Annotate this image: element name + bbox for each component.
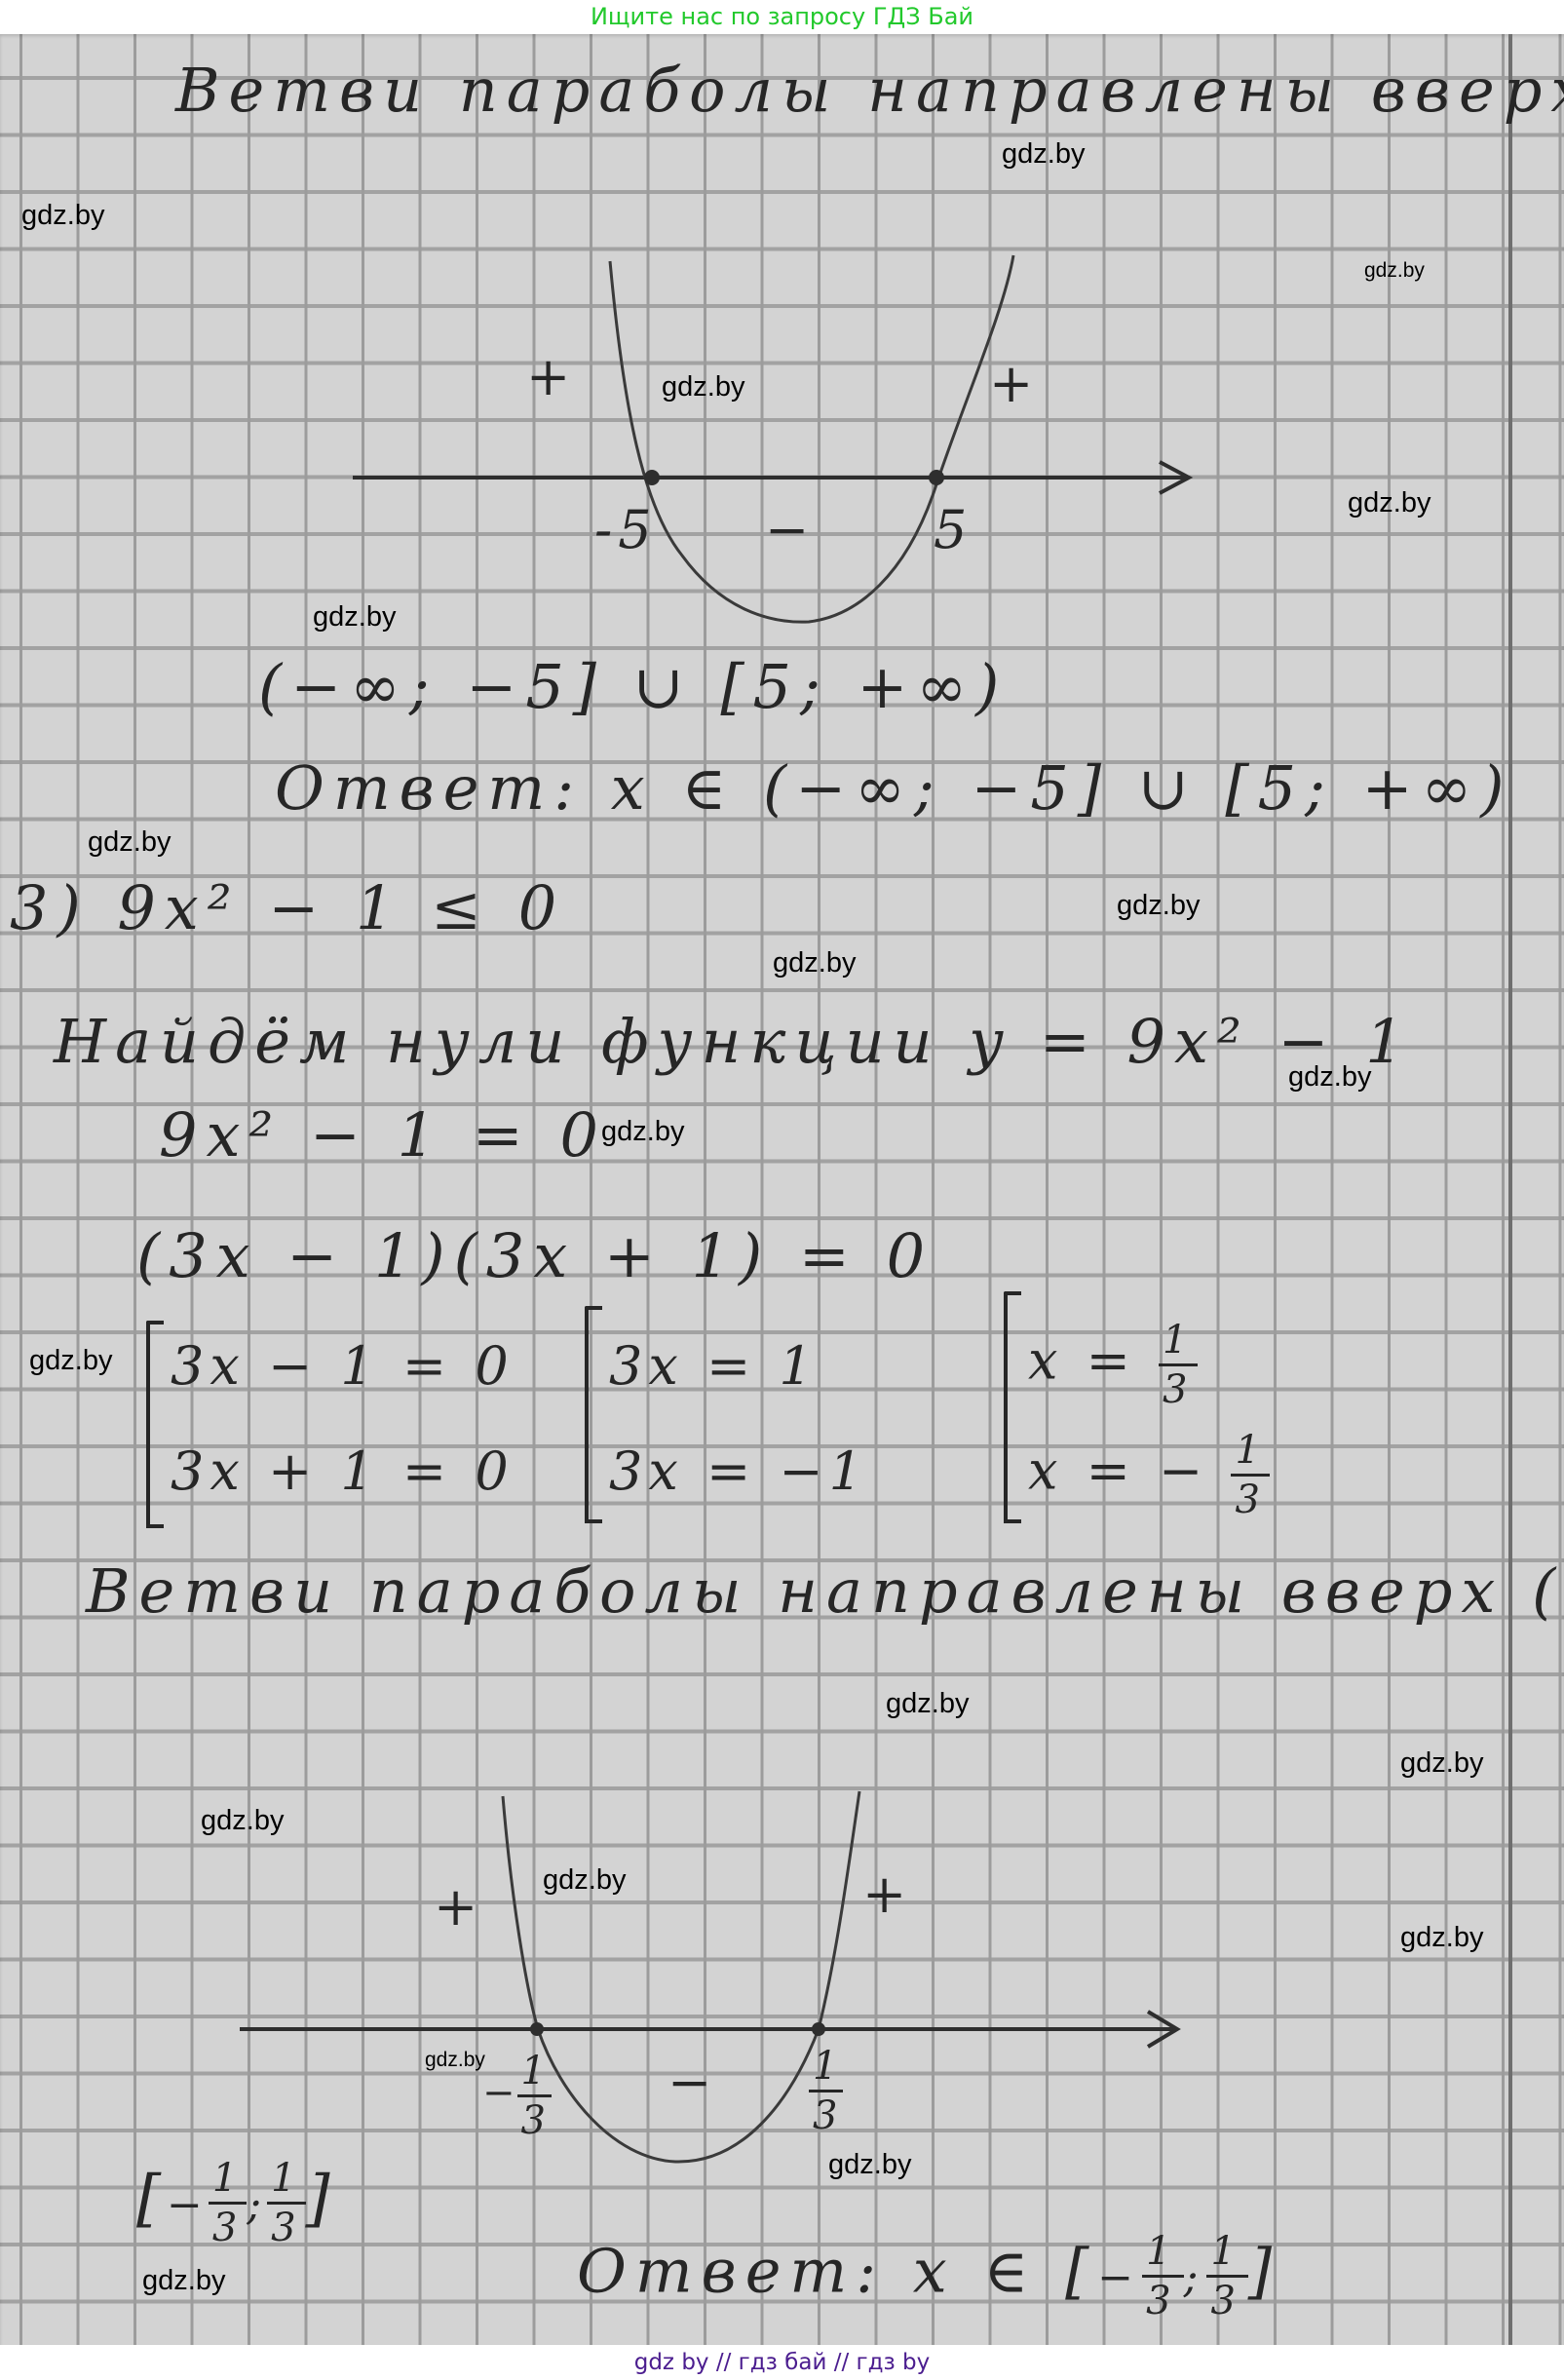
plus-sign-left-2: +	[434, 1876, 483, 1938]
system-1-row-2: 3x + 1 = 0	[171, 1440, 515, 1502]
plus-sign-left-1: +	[526, 346, 576, 407]
numerator: 1	[1206, 2232, 1247, 2278]
numerator: 1	[1159, 1321, 1197, 1366]
task-3: 3) 9x² − 1 ≤ 0	[10, 872, 565, 943]
find-zeros-line: Найдём нули функции y = 9x² − 1	[54, 1006, 1413, 1077]
bottom-banner[interactable]: gdz by // гдз бай // гдз by	[0, 2345, 1564, 2380]
top-banner[interactable]: Ищите нас по запросу ГДЗ Бай	[0, 0, 1564, 34]
fraction-right: 1 3	[1206, 2232, 1247, 2321]
system-bracket-2	[585, 1306, 602, 1523]
fraction: 1 3	[1231, 1431, 1269, 1519]
interval-2: [− 1 3 ; 1 3 ]	[136, 2159, 336, 2247]
fraction-left: 1 3	[209, 2159, 247, 2247]
root-label-neg-third: − 1 3	[482, 2052, 552, 2140]
notebook-page	[0, 34, 1564, 2345]
watermark[interactable]: gdz.by	[1002, 138, 1085, 171]
fraction: 1 3	[809, 2047, 843, 2135]
numerator: 1	[1231, 1431, 1269, 1477]
fraction-left: 1 3	[1142, 2232, 1183, 2321]
system-3-row-2: x = − 1 3	[1028, 1431, 1270, 1519]
system-bracket-3	[1004, 1291, 1021, 1523]
fraction: 1 3	[1159, 1321, 1197, 1409]
separator: ;	[247, 2180, 267, 2230]
watermark[interactable]: gdz.by	[1400, 1922, 1483, 1954]
plus-sign-right-2: +	[862, 1863, 912, 1925]
watermark[interactable]: gdz.by	[425, 2049, 485, 2072]
denominator: 3	[517, 2097, 552, 2140]
branches-line-1: Ветви параболы направлены вверх (a=1>0)	[175, 55, 1564, 126]
watermark[interactable]: gdz.by	[1400, 1747, 1483, 1780]
interval-1: (−∞; −5] ∪ [5; +∞)	[258, 651, 1008, 722]
fraction-right: 1 3	[267, 2159, 305, 2247]
system-bracket-1	[146, 1321, 164, 1528]
bracket-open: [	[136, 2163, 167, 2235]
system-3-row-1: x = 1 3	[1028, 1321, 1198, 1409]
denominator: 3	[1206, 2278, 1247, 2321]
numerator: 1	[1142, 2232, 1183, 2278]
answer-2: Ответ: x ∈ [− 1 3 ; 1 3 ]	[577, 2232, 1280, 2321]
lhs: x =	[1028, 1440, 1136, 1502]
watermark[interactable]: gdz.by	[1288, 1061, 1371, 1094]
watermark[interactable]: gdz.by	[142, 2265, 225, 2297]
answer-prefix: Ответ: x ∈	[577, 2236, 1037, 2307]
lhs: x =	[1028, 1330, 1136, 1392]
watermark[interactable]: gdz.by	[1364, 259, 1425, 283]
fraction: 1 3	[517, 2052, 552, 2140]
watermark[interactable]: gdz.by	[29, 1345, 112, 1377]
watermark[interactable]: gdz.by	[21, 200, 104, 232]
system-2-row-1: 3x = 1	[609, 1335, 819, 1397]
root-label-neg5: -5	[594, 499, 658, 560]
denominator: 3	[1159, 1366, 1197, 1409]
watermark[interactable]: gdz.by	[828, 2149, 911, 2181]
separator: ;	[1184, 2253, 1207, 2303]
system-1-row-1: 3x − 1 = 0	[171, 1335, 515, 1397]
watermark[interactable]: gdz.by	[313, 601, 396, 633]
watermark[interactable]: gdz.by	[773, 947, 856, 979]
denominator: 3	[209, 2205, 247, 2247]
bracket-close: ]	[306, 2163, 336, 2235]
denominator: 3	[1142, 2278, 1183, 2321]
plus-sign-right-1: +	[989, 353, 1039, 414]
numerator: 1	[209, 2159, 247, 2205]
sign: −	[1097, 2253, 1142, 2303]
denominator: 3	[809, 2092, 843, 2135]
minus-sign-1: −	[765, 499, 815, 560]
margin-line	[1508, 34, 1512, 2345]
system-2-row-2: 3x = −1	[609, 1440, 868, 1502]
bracket-open: [	[1065, 2236, 1097, 2307]
bracket-close: ]	[1248, 2236, 1280, 2307]
numerator: 1	[267, 2159, 305, 2205]
sign: −	[482, 2071, 517, 2116]
minus-sign-2: −	[668, 2052, 717, 2113]
root-label-5: 5	[934, 499, 973, 560]
numerator: 1	[809, 2047, 843, 2092]
root-label-third: 1 3	[809, 2047, 843, 2135]
equation-line: 9x² − 1 = 0	[159, 1099, 607, 1171]
sign: −	[167, 2180, 209, 2230]
watermark[interactable]: gdz.by	[601, 1116, 684, 1148]
watermark[interactable]: gdz.by	[543, 1864, 626, 1897]
sign: −	[1159, 1440, 1208, 1502]
watermark[interactable]: gdz.by	[662, 371, 744, 403]
watermark[interactable]: gdz.by	[1117, 890, 1200, 922]
branches-line-2: Ветви параболы направлены вверх (a=9>0)	[86, 1555, 1564, 1627]
factored-line: (3x − 1)(3x + 1) = 0	[136, 1220, 934, 1291]
watermark[interactable]: gdz.by	[886, 1688, 969, 1720]
answer-1: Ответ: x ∈ (−∞; −5] ∪ [5; +∞)	[275, 752, 1512, 824]
denominator: 3	[1231, 1477, 1269, 1519]
watermark[interactable]: gdz.by	[1348, 487, 1430, 519]
numerator: 1	[517, 2052, 552, 2097]
denominator: 3	[267, 2205, 305, 2247]
watermark[interactable]: gdz.by	[88, 826, 171, 859]
watermark[interactable]: gdz.by	[201, 1805, 284, 1837]
